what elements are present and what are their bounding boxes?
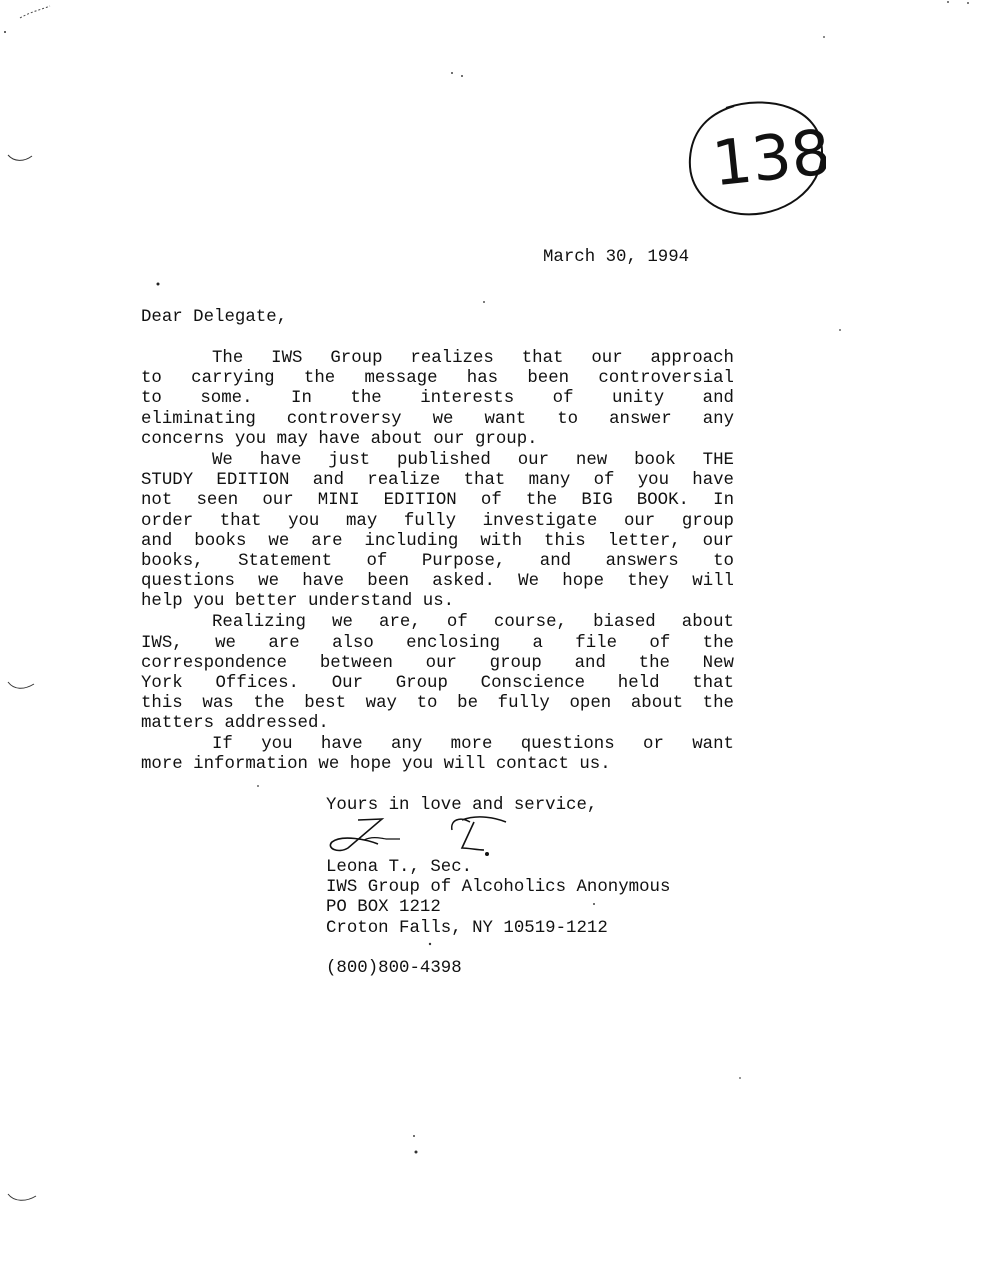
scan-artifacts (0, 0, 989, 1267)
letter-page: 138 March 30, 1994 Dear Delegate, The IW… (0, 0, 989, 1267)
